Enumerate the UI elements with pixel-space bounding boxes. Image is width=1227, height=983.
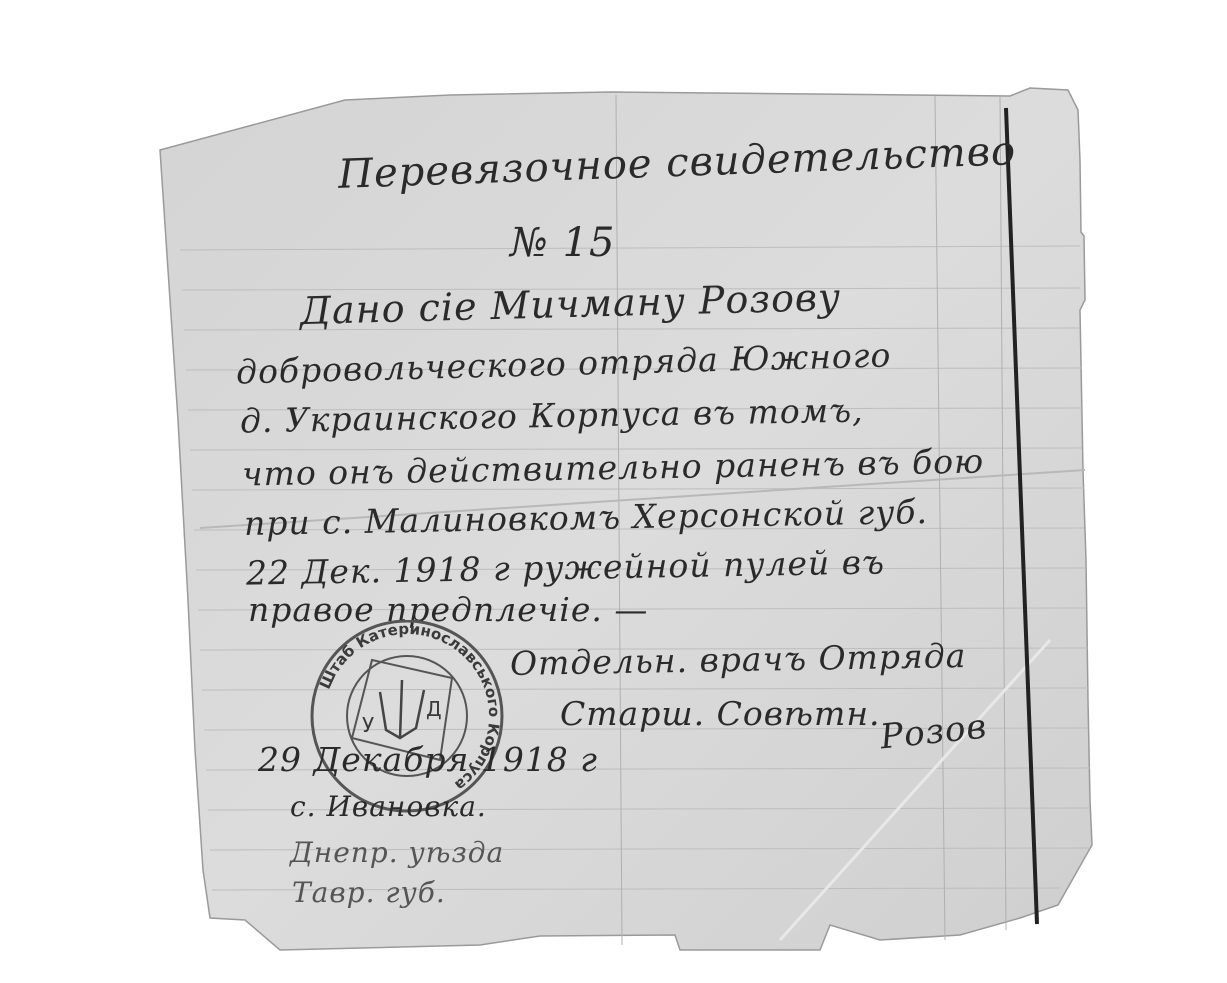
issue-village: с. Ивановка. [290, 790, 487, 823]
stamp-letter-u: У [362, 713, 374, 737]
trident-emblem [380, 680, 424, 738]
issue-province: Тавр. губ. [292, 876, 446, 909]
document-number: № 15 [510, 220, 615, 266]
signature-line-1: Отдельн. врачъ Отряда [510, 636, 967, 683]
issue-date: 29 Декабря 1918 г [258, 740, 598, 779]
signature-line-2: Старш. Совѣтн. [560, 694, 881, 733]
stamp-letter-d: Д [426, 697, 442, 721]
issue-district: Днепр. уѣзда [290, 836, 504, 869]
